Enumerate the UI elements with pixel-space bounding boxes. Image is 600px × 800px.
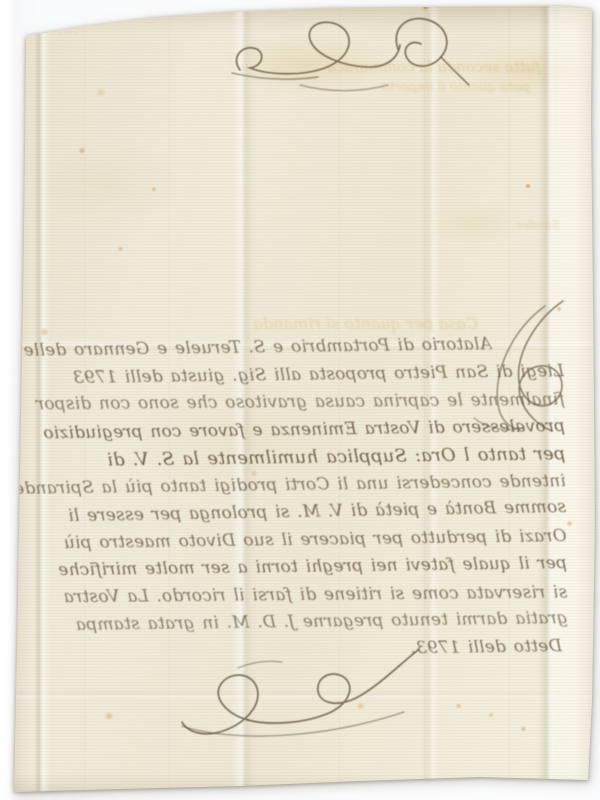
bleedthrough-signature-bottom-flourish	[0, 0, 600, 800]
scanned-document: ⸬⸬ ⸬⸬ fatta seconda la communica para qu…	[0, 0, 600, 800]
paper-sheet: ⸬⸬ ⸬⸬ fatta seconda la communica para qu…	[0, 0, 600, 800]
paper-sheet-wrap: ⸬⸬ ⸬⸬ fatta seconda la communica para qu…	[0, 0, 600, 800]
